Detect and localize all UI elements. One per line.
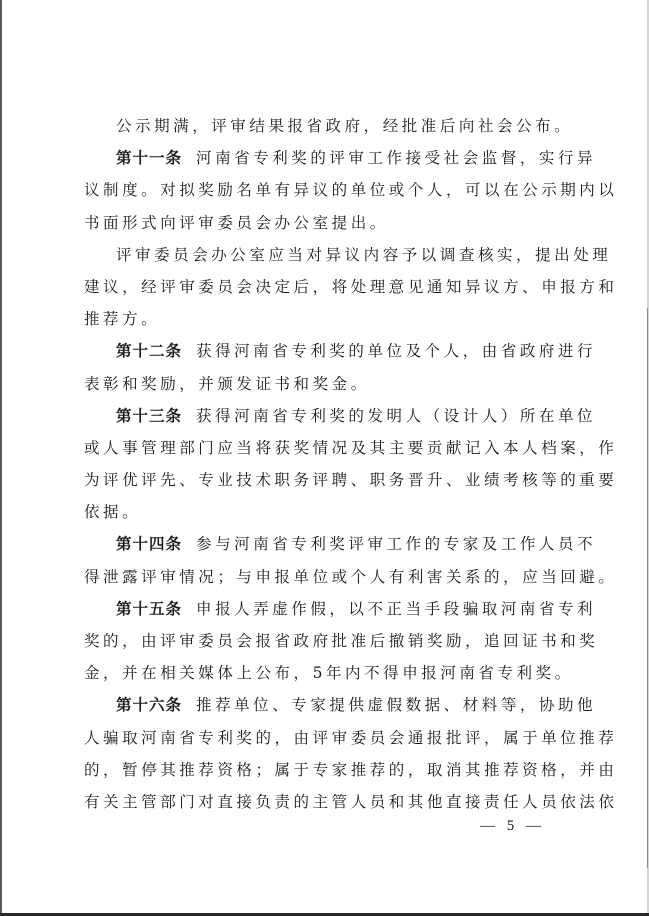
text-line: 第十六条推荐单位、专家提供虚假数据、材料等，协助他 xyxy=(84,689,554,721)
line-text: 申报人弄虚作假，以不正当手段骗取河南省专利 xyxy=(196,600,596,618)
line-text: 参与河南省专利奖评审工作的专家及工作人员不 xyxy=(196,535,596,553)
line-text: 获得河南省专利奖的单位及个人，由省政府进行 xyxy=(196,342,596,360)
line-text: 人骗取河南省专利奖的，由评审委员会通报批评，属于单位推荐 xyxy=(84,729,617,747)
line-text: 评审委员会办公室应当对异议内容予以调查核实，提出处理 xyxy=(116,246,611,264)
text-line: 奖的，由评审委员会报省政府批准后撤销奖励，追回证书和奖 xyxy=(84,625,554,657)
text-line: 公示期满，评审结果报省政府，经批准后向社会公布。 xyxy=(84,110,554,142)
text-line: 表彰和奖励，并颁发证书和奖金。 xyxy=(84,368,554,400)
line-text: 的，暂停其推荐资格；属于专家推荐的，取消其推荐资格，并由 xyxy=(84,761,617,779)
line-text: 推荐方。 xyxy=(84,310,160,328)
document-body: 公示期满，评审结果报省政府，经批准后向社会公布。 第十一条河南省专利奖的评审工作… xyxy=(84,110,554,818)
line-text: 为评优评先、专业技术职务评聘、职务晋升、业绩考核等的重要 xyxy=(84,471,617,489)
article-heading: 第十四条 xyxy=(116,535,182,553)
line-text: 奖的，由评审委员会报省政府批准后撤销奖励，追回证书和奖 xyxy=(84,632,598,650)
text-line: 的，暂停其推荐资格；属于专家推荐的，取消其推荐资格，并由 xyxy=(84,754,554,786)
article-heading: 第十三条 xyxy=(116,407,182,425)
line-text: 书面形式向评审委员会办公室提出。 xyxy=(84,214,389,232)
text-line: 依据。 xyxy=(84,496,554,528)
line-text: 建议，经评审委员会决定后，将处理意见通知异议方、申报方和 xyxy=(84,278,617,296)
line-text: 有关主管部门对直接负责的主管人员和其他直接责任人员依法依 xyxy=(84,793,617,811)
text-line: 或人事管理部门应当将获奖情况及其主要贡献记入本人档案，作 xyxy=(84,432,554,464)
text-line: 第十一条河南省专利奖的评审工作接受社会监督，实行异 xyxy=(84,142,554,174)
line-text: 表彰和奖励，并颁发证书和奖金。 xyxy=(84,375,370,393)
page-number: — 5 — xyxy=(480,818,545,835)
line-text: 依据。 xyxy=(84,503,141,521)
text-line: 第十二条获得河南省专利奖的单位及个人，由省政府进行 xyxy=(84,335,554,367)
text-line: 评审委员会办公室应当对异议内容予以调查核实，提出处理 xyxy=(84,239,554,271)
line-text: 河南省专利奖的评审工作接受社会监督，实行异 xyxy=(196,149,596,167)
text-line: 为评优评先、专业技术职务评聘、职务晋升、业绩考核等的重要 xyxy=(84,464,554,496)
page-edge-right-shadow xyxy=(647,308,648,868)
text-line: 人骗取河南省专利奖的，由评审委员会通报批评，属于单位推荐 xyxy=(84,722,554,754)
line-text: 或人事管理部门应当将获奖情况及其主要贡献记入本人档案，作 xyxy=(84,439,617,457)
article-heading: 第十五条 xyxy=(116,600,182,618)
text-line: 第十三条获得河南省专利奖的发明人（设计人）所在单位 xyxy=(84,400,554,432)
text-line: 有关主管部门对直接负责的主管人员和其他直接责任人员依法依 xyxy=(84,786,554,818)
text-line: 推荐方。 xyxy=(84,303,554,335)
line-text: 获得河南省专利奖的发明人（设计人）所在单位 xyxy=(196,407,596,425)
line-text: 公示期满，评审结果报省政府，经批准后向社会公布。 xyxy=(116,117,573,135)
line-text: 得泄露评审情况；与申报单位或个人有利害关系的，应当回避。 xyxy=(84,568,617,586)
text-line: 议制度。对拟奖励名单有异议的单位或个人，可以在公示期内以 xyxy=(84,174,554,206)
article-heading: 第十六条 xyxy=(116,696,182,714)
line-text: 金，并在相关媒体上公布，5年内不得申报河南省专利奖。 xyxy=(84,664,574,682)
page-edge-left xyxy=(0,0,2,916)
text-line: 建议，经评审委员会决定后，将处理意见通知异议方、申报方和 xyxy=(84,271,554,303)
article-heading: 第十二条 xyxy=(116,342,182,360)
text-line: 金，并在相关媒体上公布，5年内不得申报河南省专利奖。 xyxy=(84,657,554,689)
article-heading: 第十一条 xyxy=(116,149,182,167)
text-line: 第十五条申报人弄虚作假，以不正当手段骗取河南省专利 xyxy=(84,593,554,625)
text-line: 得泄露评审情况；与申报单位或个人有利害关系的，应当回避。 xyxy=(84,561,554,593)
document-page: 公示期满，评审结果报省政府，经批准后向社会公布。 第十一条河南省专利奖的评审工作… xyxy=(0,0,649,916)
line-text: 推荐单位、专家提供虚假数据、材料等，协助他 xyxy=(196,696,596,714)
line-text: 议制度。对拟奖励名单有异议的单位或个人，可以在公示期内以 xyxy=(84,181,617,199)
text-line: 书面形式向评审委员会办公室提出。 xyxy=(84,207,554,239)
text-line: 第十四条参与河南省专利奖评审工作的专家及工作人员不 xyxy=(84,528,554,560)
